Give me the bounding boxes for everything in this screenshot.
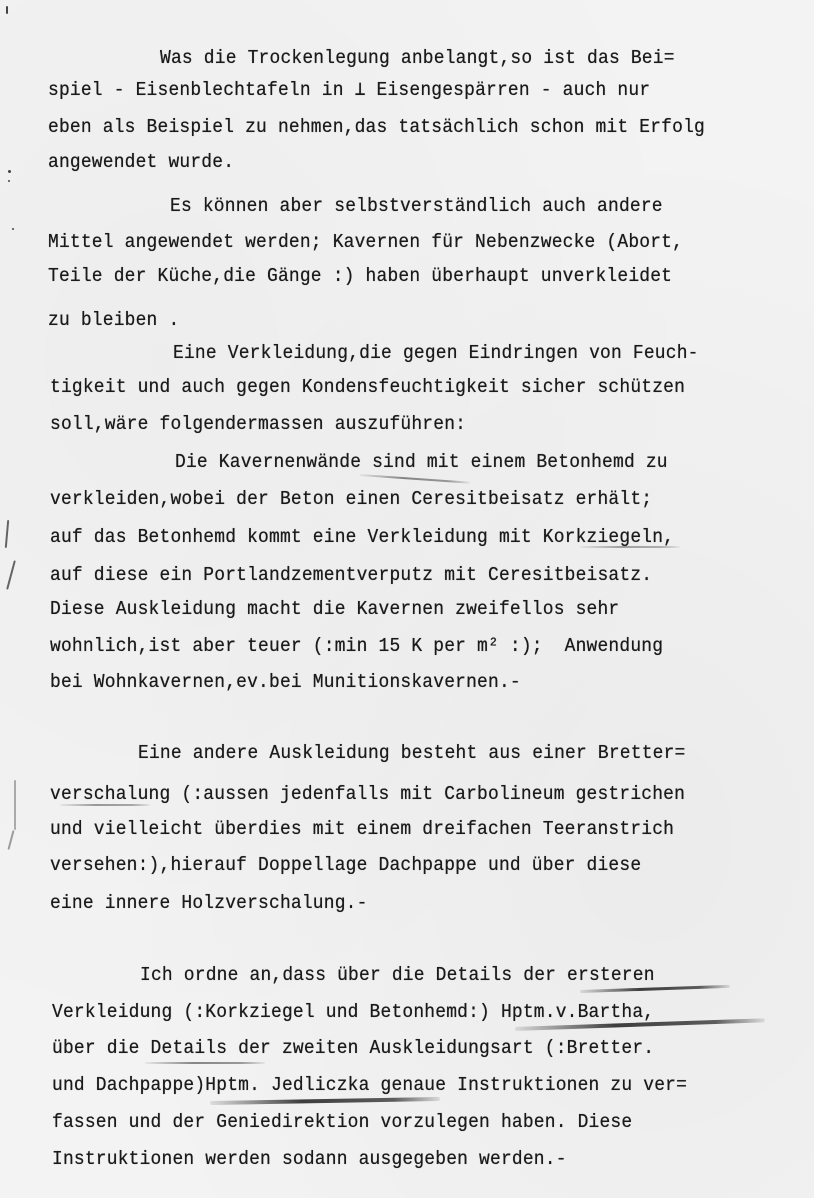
text-line: wohnlich,ist aber teuer (:min 15 K per m… (50, 634, 663, 658)
text-line: soll,wäre folgendermassen auszuführen: (50, 412, 466, 436)
text-line: Ich ordne an,dass über die Details der e… (140, 963, 655, 987)
text-line: verkleiden,wobei der Beton einen Ceresit… (50, 487, 652, 511)
margin-mark (5, 520, 9, 548)
paper-speck (6, 6, 8, 14)
text-line: bei Wohnkavernen,ev.bei Munitionskaverne… (50, 670, 521, 694)
pencil-underline (145, 1062, 265, 1064)
paper-speck (12, 228, 14, 230)
text-line: Die Kavernenwände sind mit einem Betonhe… (175, 450, 668, 474)
text-line: Es können aber selbstverständlich auch a… (170, 194, 663, 218)
paper-speck (8, 180, 10, 182)
text-line: fassen und der Geniedirektion vorzulegen… (52, 1110, 632, 1134)
text-line: Was die Trockenlegung anbelangt,so ist d… (160, 46, 675, 70)
text-line: Verkleidung (:Korkziegel und Betonhemd:)… (52, 1000, 654, 1024)
pencil-underline (580, 546, 680, 548)
text-line: Instruktionen werden sodann ausgegeben w… (52, 1147, 567, 1171)
pencil-underline (60, 804, 150, 806)
text-line: über die Details der zweiten Auskleidung… (52, 1036, 654, 1060)
margin-mark (7, 830, 14, 850)
text-line: Mittel angewendet werden; Kavernen für N… (48, 230, 683, 254)
text-line: tigkeit und auch gegen Kondensfeuchtigke… (50, 375, 685, 399)
text-line: spiel - Eisenblechtafeln in ⊥ Eisengespä… (48, 78, 650, 102)
typewritten-document-page: Was die Trockenlegung anbelangt,so ist d… (0, 0, 814, 1198)
text-line: versehen:),hierauf Doppellage Dachpappe … (50, 853, 641, 877)
text-line: angewendet wurde. (48, 150, 234, 174)
text-line: Diese Auskleidung macht die Kavernen zwe… (50, 597, 619, 621)
text-line: Eine andere Auskleidung besteht aus eine… (138, 741, 686, 765)
margin-mark (6, 560, 16, 589)
text-line: und vielleicht überdies mit einem dreifa… (50, 817, 674, 841)
text-line: eine innere Holzverschalung.- (50, 891, 368, 915)
text-line: eben als Beispiel zu nehmen,das tatsächl… (48, 115, 705, 139)
text-line: verschalung (:aussen jedenfalls mit Carb… (50, 782, 685, 806)
margin-mark (14, 780, 16, 830)
pencil-underline (210, 1097, 440, 1105)
text-line: Teile der Küche,die Gänge :) haben überh… (48, 264, 672, 288)
pencil-underline (360, 474, 470, 484)
text-line: und Dachpappe)Hptm. Jedliczka genaue Ins… (52, 1073, 687, 1097)
text-line: Eine Verkleidung,die gegen Eindringen vo… (173, 341, 699, 365)
text-line: zu bleiben . (48, 308, 179, 332)
text-line: auf diese ein Portlandzementverputz mit … (50, 563, 652, 587)
paper-speck (8, 170, 11, 173)
